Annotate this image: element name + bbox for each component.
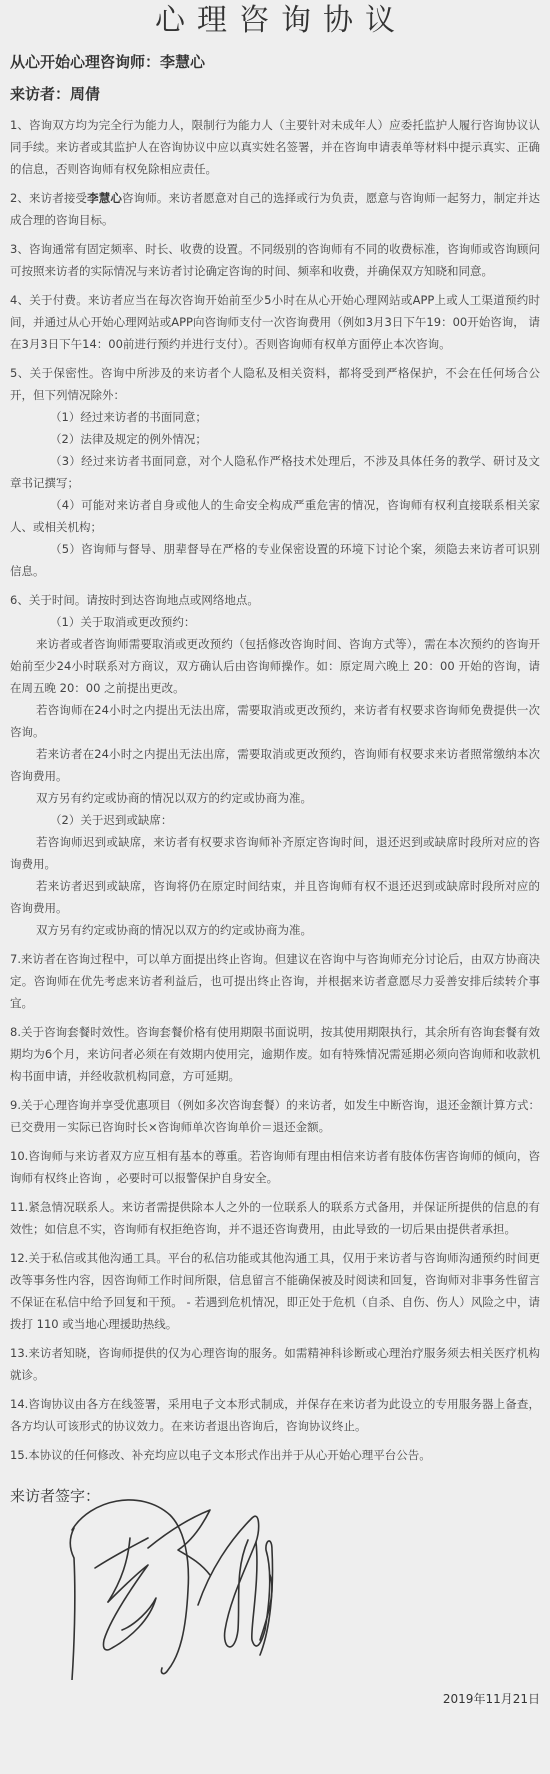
clause-5: 5、关于保密性。咨询中所涉及的来访者个人隐私及相关资料，都将受到严格保护，不会在… [10,362,540,406]
clause-4: 4、关于付费。来访者应当在每次咨询开始前至少5小时在从心开始心理网站或APP上或… [10,289,540,355]
clause-6-sub2-para: 双方另有约定或协商的情况以双方的约定或协商为准。 [10,919,540,941]
clause-6: 6、关于时间。请按时到达咨询地点或网络地点。 [10,589,540,611]
clause-12: 12.关于私信或其他沟通工具。平台的私信功能或其他沟通工具，仅用于来访者与咨询师… [10,1247,540,1335]
clause-8: 8.关于咨询套餐时效性。咨询套餐价格有使用期限书面说明，按其使用期限执行，其余所… [10,1021,540,1087]
clause-10: 10.咨询师与来访者双方应互相有基本的尊重。若咨询师有理由相信来访者有肢体伤害咨… [10,1145,540,1189]
clause-1: 1、咨询双方均为完全行为能力人，限制行为能力人（主要针对未成年人）应委托监护人履… [10,114,540,180]
clause-6-sub2-title: （2）关于迟到或缺席： [10,809,540,831]
clause-2-prefix: 2、来访者接受 [10,191,87,205]
signature-date: 2019年11月21日 [443,1690,540,1707]
clause-14: 14.咨询协议由各方在线签署，采用电子文本形式制成，并保存在来访者为此设立的专用… [10,1393,540,1437]
clause-2: 2、来访者接受李慧心咨询师。来访者愿意对自己的选择或行为负责，愿意与咨询师一起努… [10,187,540,231]
clause-6-sub2-para: 若咨询师迟到或缺席，来访者有权要求咨询师补齐原定咨询时间，退还迟到或缺席时段所对… [10,831,540,875]
clause-5-item: （1）经过来访者的书面同意； [10,406,540,428]
clause-6-sub1-para: 若来访者在24小时之内提出无法出席，需要取消或更改预约，咨询师有权要求来访者照常… [10,743,540,787]
clause-5-item: （4）可能对来访者自身或他人的生命安全构成严重危害的情况，咨询师有权利直接联系相… [10,494,540,538]
clause-3: 3、咨询通常有固定频率、时长、收费的设置。不同级别的咨询师有不同的收费标准，咨询… [10,238,540,282]
clause-6-sub1-title: （1）关于取消或更改预约： [10,611,540,633]
page-title: 心理咨询协议 [10,0,540,42]
handwritten-signature [60,1480,290,1680]
clause-11: 11.紧急情况联系人。来访者需提供除本人之外的一位联系人的联系方式备用，并保证所… [10,1196,540,1240]
clause-5-item: （5）咨询师与督导、朋辈督导在严格的专业保密设置的环境下讨论个案，须隐去来访者可… [10,538,540,582]
counselor-name: 从心开始心理咨询师：李慧心 [10,52,540,72]
clause-5-item: （2）法律及规定的例外情况； [10,428,540,450]
visitor-name: 来访者：周倩 [10,84,540,104]
clause-9: 9.关于心理咨询并享受优惠项目（例如多次咨询套餐）的来访者，如发生中断咨询，退还… [10,1094,540,1138]
clause-6-sub1-para: 来访者或者咨询师需要取消或更改预约（包括修改咨询时间、咨询方式等），需在本次预约… [10,633,540,699]
clause-7: 7.来访者在咨询过程中，可以单方面提出终止咨询。但建议在咨询中与咨询师充分讨论后… [10,948,540,1014]
clause-15: 15.本协议的任何修改、补充均应以电子文本形式作出并于从心开始心理平台公告。 [10,1444,540,1466]
clause-13: 13.来访者知晓，咨询师提供的仅为心理咨询的服务。如需精神科诊断或心理治疗服务须… [10,1342,540,1386]
clause-6-sub1-para: 双方另有约定或协商的情况以双方的约定或协商为准。 [10,787,540,809]
clause-5-item: （3）经过来访者书面同意，对个人隐私作严格技术处理后，不涉及具体任务的教学、研讨… [10,450,540,494]
clause-2-counselor-name: 李慧心 [87,191,122,205]
clause-6-sub2-para: 若来访者迟到或缺席，咨询将仍在原定时间结束，并且咨询师有权不退还迟到或缺席时段所… [10,875,540,919]
clause-6-sub1-para: 若咨询师在24小时之内提出无法出席，需要取消或更改预约，来访者有权要求咨询师免费… [10,699,540,743]
agreement-document: 心理咨询协议 从心开始心理咨询师：李慧心 来访者：周倩 1、咨询双方均为完全行为… [0,0,550,1506]
